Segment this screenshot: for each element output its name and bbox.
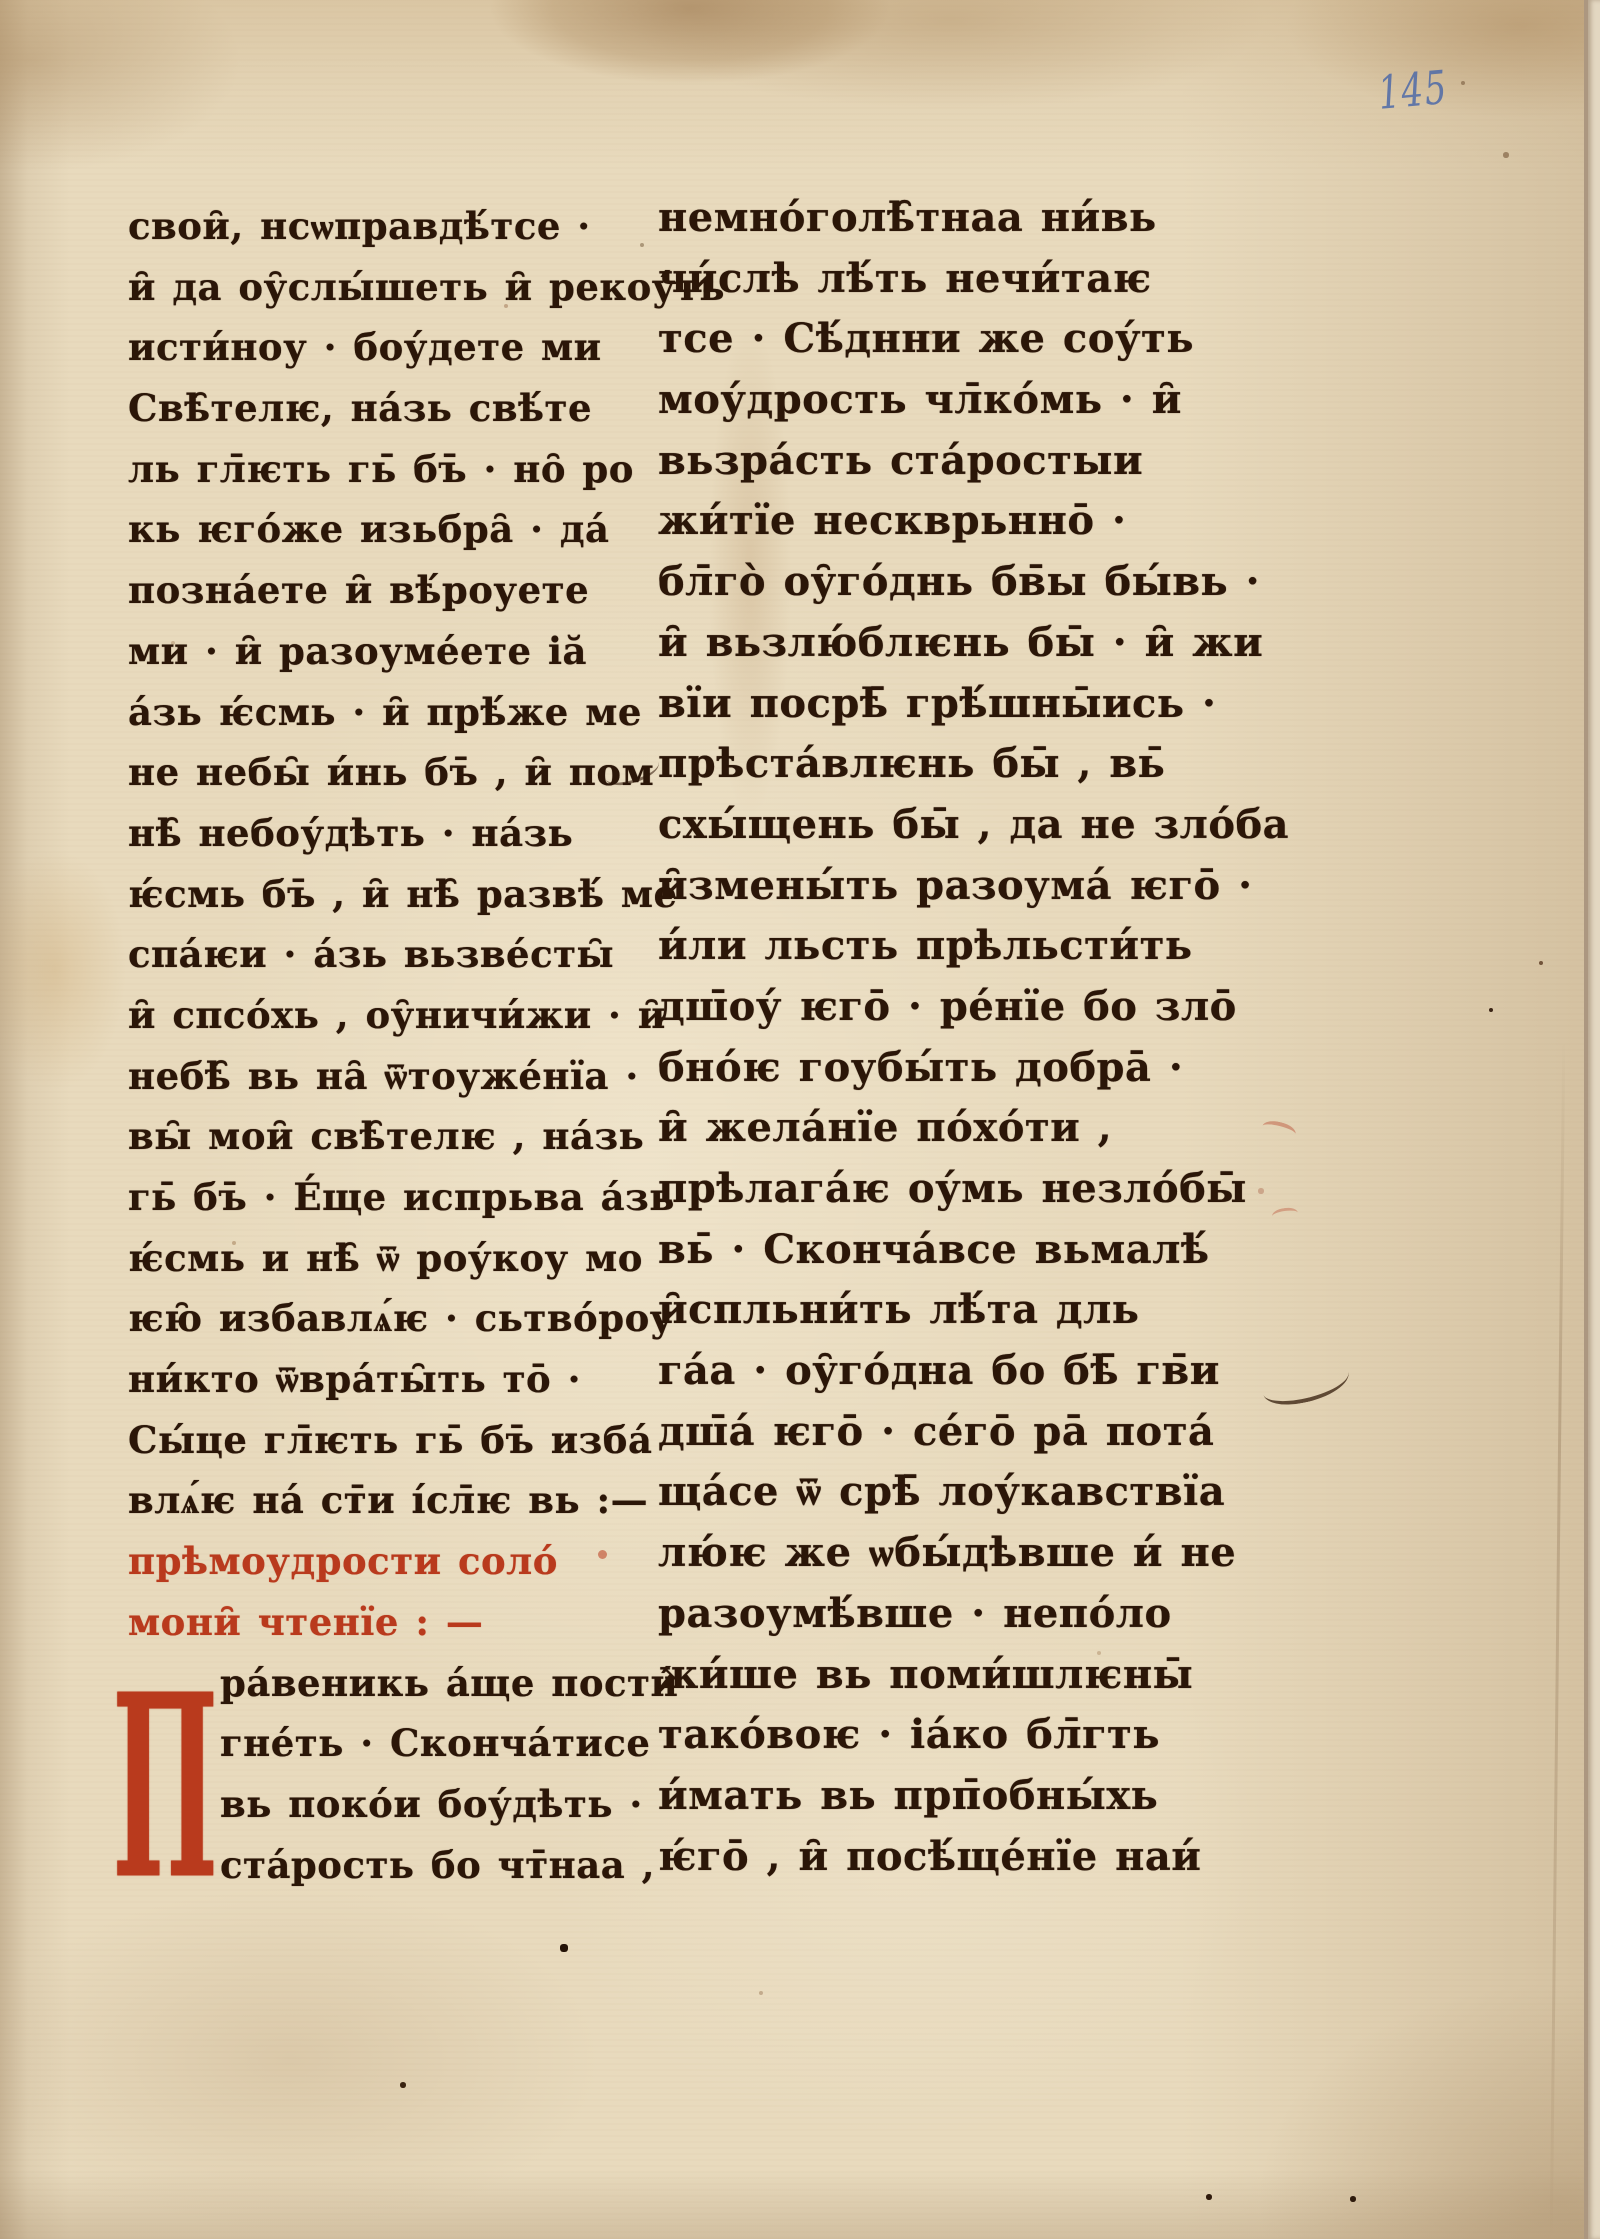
text-line: спа́ѥи · а́зь вьзве́сты̑ [128,924,644,985]
text-line: прѣста́влѥнь бы̄ , вь̄ [658,734,1240,795]
text-line: дш̄оу́ ѥго̄ · ре́нїе бо зло̄ [658,977,1240,1038]
text-line: а́зь ѥ́смь · и̑ прѣ́же ме [128,682,644,743]
text-line: вїи посрѣ̄ грѣ́шны̄ись · [658,674,1240,735]
text-line: Сы́це гл̄ѥть гь̄ бъ̄ изба́ [128,1410,644,1471]
text-line: тако́воѥ · іа́ко бл̄гть [658,1705,1240,1766]
text-line: и̑ жела́нїе по́хо́ти , [658,1098,1240,1159]
text-line: позна́ете и̑ вѣ́роуете [128,560,644,621]
text-line: ѥю̑ избавлѧ́ѥ · сьтво́роу [128,1288,644,1349]
text-line: схы́щень бы̄ , да не зло́ба [658,795,1240,856]
text-line: и̑ да оу̑слы́шеть и̑ рекоу́ть [128,257,644,318]
text-line: кь ѥго́же изьбра̑ · да́ [128,499,644,560]
text-line: вь̄ · Сконча́все вьмалѣ́ [658,1220,1240,1281]
text-line: вьзра́сть ста́ростыи [658,431,1240,492]
text-line: ль гл̄ѥть гь̄ бъ̄ · но̑ ро [128,439,644,500]
pen-flourish [1259,1356,1353,1410]
ink-specks [0,0,2,2]
text-line: жи́тїе нескврьнно̄ · [658,491,1240,552]
text-line: свои̑, нсѡправдѣ́тсе · [128,196,644,257]
text-line: и̑змены́ть разоума́ ѥго̄ · [658,856,1240,917]
text-line: и́мать вь прп̄обны́хь [658,1766,1240,1827]
text-line: не небы̑ и́нь бъ̄ , и̑ пом [128,742,644,803]
rubric-initial-letter: П [112,1662,180,2048]
text-line: прѣмоудрости соло́ [128,1531,644,1592]
text-line: нѣ̑ небоу́дѣть · на́зь [128,803,644,864]
text-line: ща́се ѿ срѣ̄ лоу́кавствїа [658,1462,1240,1523]
text-line: разоумѣ́вше · непо́ло [658,1584,1240,1645]
text-line: небѣ̑ вь на̑ ѿтоуже́нїа · [128,1046,644,1107]
text-line: ѥ́смь и нѣ̑ ѿ роу́коу мо [128,1228,644,1289]
text-line: ми · и̑ разоуме́ете іӑ [128,621,644,682]
text-line: и̑ спсо́хь , оу̑ничи́жи · и̑ [128,985,644,1046]
text-line: чи́слѣ лѣ́ть нечи́таѥ [658,249,1240,310]
text-line: моу́дрость чл̄ко́мь · и̑ [658,370,1240,431]
text-line: жи́ше вь поми́шлѥны̄ [658,1645,1240,1706]
text-line: и́ли льсть прѣльсти́ть [658,916,1240,977]
text-line: ѥ́смь бъ̄ , и̑ нѣ̑ развѣ́ ме̄ [128,864,644,925]
red-margin-mark [1271,1206,1299,1222]
text-line: влѧ́ѥ на́ ст̄и і́сл̄ѥ вь :— [128,1470,644,1531]
right-text-column: немно́голѣ̑тнаа ни́вьчи́слѣ лѣ́ть нечи́т… [658,188,1240,1887]
text-line: лю́ѥ же ѡбы́дѣвше и́ не [658,1523,1240,1584]
text-line: исти́ноу · боу́дете ми [128,317,644,378]
text-line: прѣлага́ѥ оу́мь незло́бы̄ [658,1159,1240,1220]
red-margin-mark [1261,1118,1298,1142]
text-line: немно́голѣ̑тнаа ни́вь [658,188,1240,249]
text-line: гь̄ бъ̄ · Е́ще испрьва а́зь [128,1167,644,1228]
text-line: ни́кто ѿвра́ты̑ть то̄ · [128,1349,644,1410]
manuscript-page: 145 свои̑, нсѡправдѣ́тсе ·и̑ да оу̑слы́ш… [0,0,1600,2239]
text-line: га́а · оу̑го́дна бо бѣ̄ гв̄и [658,1341,1240,1402]
folio-number: 145 [1376,60,1450,120]
text-line: дш̄а́ ѥго̄ · се́го̄ ра̄ пота́ [658,1402,1240,1463]
vertical-crease [1550,1040,1566,2239]
text-line: бно́ѥ гоубы́ть добра̄ · [658,1038,1240,1099]
text-line: ѥ́го̄ , и̑ посѣ́ще́нїе наи́ [658,1827,1240,1888]
text-line: бл̄го̀ оу̑го́днь бв̄ы бы́вь · [658,552,1240,613]
text-line: и̑ вьзлю́блѥнь бы̄ · и̑ жи [658,613,1240,674]
text-line: и̑спльни́ть лѣ́та дль [658,1280,1240,1341]
text-line: вы̑ мои̑ свѣ̑телѥ , на́зь [128,1106,644,1167]
text-line: тсе · Сѣ́днни же соу́ть [658,309,1240,370]
fore-edge-shadow [1584,0,1600,2239]
text-line: Свѣ̑телѥ, на́зь свѣ́те [128,378,644,439]
